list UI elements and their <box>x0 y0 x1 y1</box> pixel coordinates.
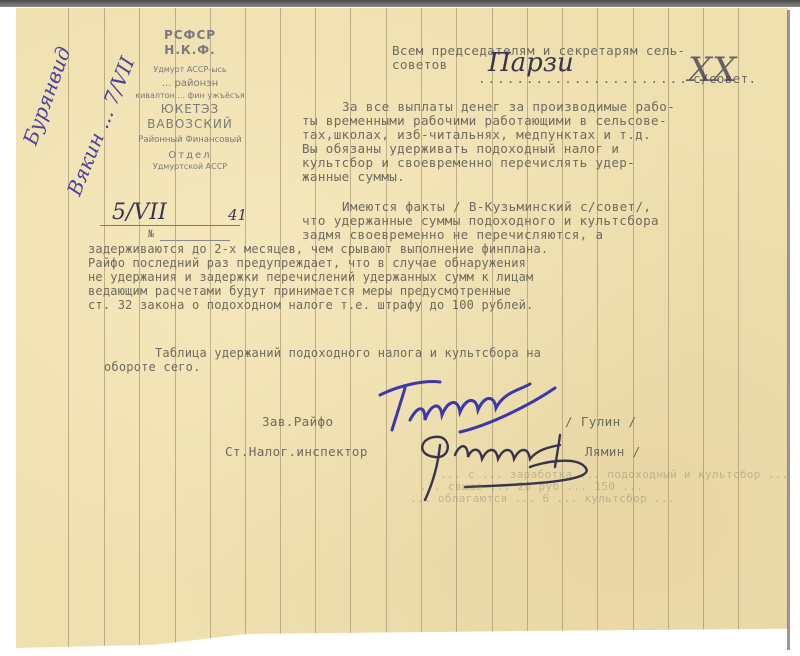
office-stamp: РСФСР Н.К.Ф. Удмурт АССР-ысь ... районэн… <box>110 28 270 171</box>
bleed-through-line-3: ... облагаются ... 6 ... культсбор ... <box>410 492 675 506</box>
stamp-number-underline <box>160 240 230 241</box>
scan-right-edge <box>787 10 790 650</box>
stamp-date: 5/VII <box>112 200 167 225</box>
body-p3-line-2: обороте сего. <box>104 360 201 374</box>
body-p2-line-4: задерживаются до 2-х месяцев, чем срываю… <box>88 242 548 256</box>
ruling-line <box>315 8 316 648</box>
stamp-date-underline <box>100 225 240 226</box>
stamp-line: кивалтон ... фин ужъёсъя <box>110 91 270 100</box>
stamp-line: Удмуртской АССР <box>110 162 270 171</box>
body-p2-line-1: Имеются факты / В-Кузьминский с/совет/, <box>342 200 651 214</box>
signature-title-2: Ст.Налог.инспектор <box>225 445 368 459</box>
addressee-line-2-prefix: советов <box>392 58 448 72</box>
ruling-line <box>738 8 739 648</box>
ruling-line <box>280 8 281 648</box>
body-p1-line-5: культсбор и своевременно перечислять уде… <box>302 156 635 170</box>
signature-title-1: Зав.Райфо <box>262 415 333 429</box>
stamp-line: Районный Финансовый <box>110 135 270 145</box>
handwritten-council-name: Парзи <box>488 48 574 78</box>
body-p2-line-2: что удержанные суммы подоходного и культ… <box>302 214 659 228</box>
handwritten-mark: ХХ <box>688 50 736 90</box>
ruling-line <box>68 8 69 648</box>
body-p1-line-6: жанные суммы. <box>302 170 405 184</box>
stamp-line: Н.К.Ф. <box>110 43 270 57</box>
body-p1-line-1: За все выплаты денег за производимые раб… <box>342 100 675 114</box>
ruling-line <box>703 8 704 648</box>
scanner-edge <box>0 0 800 7</box>
body-p2-line-8: ст. 32 закона о подоходном налоге т.е. ш… <box>88 298 533 312</box>
stamp-line: Отдел <box>110 150 270 161</box>
body-p3-line-1: Таблица удержаний подоходного налога и к… <box>155 346 541 360</box>
body-p2-line-3: задмя своевременно не перечисляются, а <box>302 228 603 242</box>
stamp-line: ВАВОЗСКИЙ <box>110 117 270 131</box>
body-p2-line-6: не удержания и задержки перечислений уде… <box>88 270 533 284</box>
body-p1-line-4: Вы обязаны удерживать подоходный налог и <box>302 142 619 156</box>
body-p2-line-7: ведающим расчетами будут принимается мер… <box>88 284 511 298</box>
stamp-line: ЮКЕТЭЗ <box>110 102 270 116</box>
stamp-year: 41 <box>228 206 247 224</box>
stamp-number-prefix: № <box>148 228 154 242</box>
stamp-line: ... районэн <box>110 78 270 89</box>
body-p1-line-2: ты временными рабочими работающими в сел… <box>302 114 667 128</box>
stamp-line: РСФСР <box>110 28 270 42</box>
body-p2-line-5: Райфо последний раз предупреждает, что в… <box>88 256 526 270</box>
body-p1-line-3: тах,школах, изб-читальнях, медпунктах и … <box>302 128 651 142</box>
